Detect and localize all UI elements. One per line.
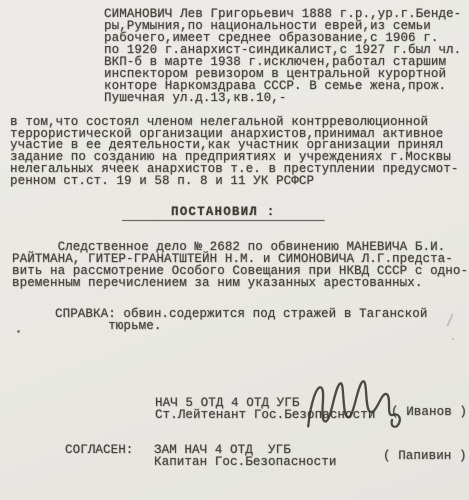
document-page: СИМАНОВИЧ Лев Григорьевич 1888 г.р.,ур.г… <box>0 0 469 500</box>
agreed-label: СОГЛАСЕН: <box>65 444 133 456</box>
paper-speck <box>446 313 453 326</box>
officer2-title: ЗАМ НАЧ 4 ОТД УГБ Капитан Гос.Безопаснос… <box>154 444 336 468</box>
bio-paragraph: СИМАНОВИЧ Лев Григорьевич 1888 г.р.,ур.г… <box>104 8 461 104</box>
officer2-name: ( Папивин ) <box>383 450 467 462</box>
resolution-paragraph: Следственное дело № 2682 по обвинению МА… <box>12 241 468 289</box>
resolution-underline: ___________________________ <box>122 209 325 223</box>
paper-speck <box>452 338 454 340</box>
handwritten-signature-icon <box>297 371 408 433</box>
spravka-note: СПРАВКА: обвин.содержится под стражей в … <box>55 308 427 332</box>
paper-speck <box>17 330 20 333</box>
accusation-paragraph: в том,что состоял членом нелегальной кон… <box>10 117 458 187</box>
